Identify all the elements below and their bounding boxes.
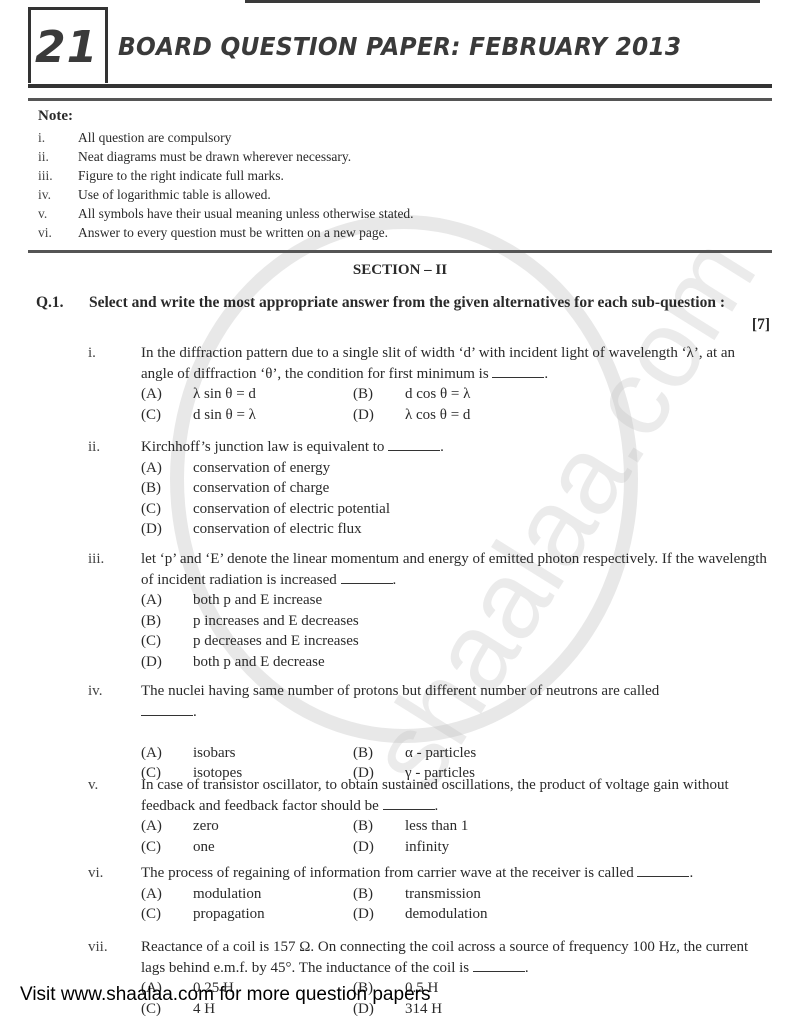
option-b: (B)p increases and E decreases xyxy=(141,611,359,632)
option-label: (D) xyxy=(353,904,405,925)
subquestion-text: In the diffraction pattern due to a sing… xyxy=(141,343,771,384)
subquestion-text: In case of transistor oscillator, to obt… xyxy=(141,775,771,816)
note-text: All question are compulsory xyxy=(78,128,231,147)
option-d: (D)infinity xyxy=(353,837,449,858)
option-label: (C) xyxy=(141,837,193,858)
note-text: Neat diagrams must be drawn wherever nec… xyxy=(78,147,351,166)
option-text: d cos θ = λ xyxy=(405,386,470,402)
option-text: propagation xyxy=(193,906,265,922)
header-rule-thin xyxy=(28,98,772,101)
option-label: (B) xyxy=(353,384,405,405)
note-num: vi. xyxy=(38,223,78,242)
option-c: (C)d sin θ = λ xyxy=(141,405,256,426)
note-text: Answer to every question must be written… xyxy=(78,223,388,242)
note-item: v.All symbols have their usual meaning u… xyxy=(38,204,414,223)
answer-blank xyxy=(388,438,440,451)
option-label: (D) xyxy=(141,652,193,673)
note-text: Figure to the right indicate full marks. xyxy=(78,166,284,185)
note-text: All symbols have their usual meaning unl… xyxy=(78,204,414,223)
subquestion-text: Kirchhoff’s junction law is equivalent t… xyxy=(141,437,771,458)
answer-blank xyxy=(341,571,393,584)
option-label: (A) xyxy=(141,743,193,764)
option-text: less than 1 xyxy=(405,818,468,834)
option-b: (B)less than 1 xyxy=(353,816,468,837)
option-text: p increases and E decreases xyxy=(193,613,359,629)
option-label: (A) xyxy=(141,384,193,405)
option-label: (C) xyxy=(141,405,193,426)
option-text: α - particles xyxy=(405,745,476,761)
note-num: i. xyxy=(38,128,78,147)
option-text: isobars xyxy=(193,745,236,761)
subquestion-body: The nuclei having same number of protons… xyxy=(141,683,659,699)
option-d: (D)both p and E decrease xyxy=(141,652,325,673)
option-c: (C)p decreases and E increases xyxy=(141,631,359,652)
subquestion-text: The process of regaining of information … xyxy=(141,863,771,884)
page-title: BOARD QUESTION PAPER: FEBRUARY 2013 xyxy=(118,32,681,61)
option-a: (A)λ sin θ = d xyxy=(141,384,256,405)
option-label: (D) xyxy=(353,405,405,426)
subquestion-body: let ‘p’ and ‘E’ denote the linear moment… xyxy=(141,551,767,588)
option-label: (A) xyxy=(141,884,193,905)
option-text: infinity xyxy=(405,839,449,855)
note-num: ii. xyxy=(38,147,78,166)
subquestion-body: Reactance of a coil is 157 Ω. On connect… xyxy=(141,939,748,976)
option-c: (C)propagation xyxy=(141,904,265,925)
option-text: modulation xyxy=(193,886,261,902)
option-b: (B)conservation of charge xyxy=(141,478,329,499)
option-text: conservation of electric flux xyxy=(193,521,362,537)
subquestion-number: iii. xyxy=(88,549,104,570)
option-c: (C)one xyxy=(141,837,215,858)
subquestion-number: vii. xyxy=(88,937,108,958)
answer-blank xyxy=(492,365,544,378)
option-text: zero xyxy=(193,818,219,834)
option-label: (D) xyxy=(141,519,193,540)
option-label: (B) xyxy=(141,611,193,632)
note-item: iv.Use of logarithmic table is allowed. xyxy=(38,185,414,204)
note-item: vi.Answer to every question must be writ… xyxy=(38,223,414,242)
option-label: (A) xyxy=(141,590,193,611)
option-text: λ sin θ = d xyxy=(193,386,256,402)
subquestion-number: ii. xyxy=(88,437,100,458)
question-text: Select and write the most appropriate an… xyxy=(89,293,770,313)
option-text: transmission xyxy=(405,886,481,902)
option-text: p decreases and E increases xyxy=(193,633,359,649)
note-heading: Note: xyxy=(38,108,73,125)
option-d: (D)λ cos θ = d xyxy=(353,405,470,426)
option-a: (A)both p and E increase xyxy=(141,590,322,611)
option-label: (B) xyxy=(141,478,193,499)
option-text: λ cos θ = d xyxy=(405,407,470,423)
footer-link-text[interactable]: Visit www.shaalaa.com for more question … xyxy=(20,984,430,1006)
note-num: v. xyxy=(38,204,78,223)
option-label: (C) xyxy=(141,499,193,520)
option-text: demodulation xyxy=(405,906,488,922)
answer-blank xyxy=(141,703,193,716)
note-item: ii.Neat diagrams must be drawn wherever … xyxy=(38,147,414,166)
subquestion-number: i. xyxy=(88,343,96,364)
note-list: i.All question are compulsory ii.Neat di… xyxy=(38,128,414,242)
option-d: (D)conservation of electric flux xyxy=(141,519,362,540)
option-label: (B) xyxy=(353,816,405,837)
subquestion-body: In case of transistor oscillator, to obt… xyxy=(141,777,729,814)
option-text: both p and E decrease xyxy=(193,654,325,670)
subquestion-number: vi. xyxy=(88,863,103,884)
subquestion-number: v. xyxy=(88,775,98,796)
header-rule-thick xyxy=(28,84,772,88)
note-num: iv. xyxy=(38,185,78,204)
subquestion-number: iv. xyxy=(88,681,102,702)
option-label: (C) xyxy=(141,631,193,652)
subquestion-body: Kirchhoff’s junction law is equivalent t… xyxy=(141,439,384,455)
option-text: conservation of charge xyxy=(193,480,329,496)
question-number: Q.1. xyxy=(36,293,64,313)
option-text: conservation of energy xyxy=(193,460,330,476)
answer-blank xyxy=(637,864,689,877)
option-a: (A)conservation of energy xyxy=(141,458,330,479)
paper-number: 21 xyxy=(35,22,98,73)
section-title: SECTION – II xyxy=(0,262,800,279)
option-d: (D)demodulation xyxy=(353,904,488,925)
note-num: iii. xyxy=(38,166,78,185)
option-label: (D) xyxy=(353,837,405,858)
option-b: (B)transmission xyxy=(353,884,481,905)
option-text: conservation of electric potential xyxy=(193,501,390,517)
option-b: (B)α - particles xyxy=(353,743,476,764)
top-rule xyxy=(245,0,760,3)
option-a: (A)zero xyxy=(141,816,219,837)
note-item: iii.Figure to the right indicate full ma… xyxy=(38,166,414,185)
answer-blank xyxy=(473,959,525,972)
note-rule xyxy=(28,250,772,253)
option-label: (B) xyxy=(353,743,405,764)
option-label: (A) xyxy=(141,816,193,837)
subquestion-text: Reactance of a coil is 157 Ω. On connect… xyxy=(141,937,771,978)
note-text: Use of logarithmic table is allowed. xyxy=(78,185,271,204)
subquestion-body: In the diffraction pattern due to a sing… xyxy=(141,345,735,382)
subquestion-text: let ‘p’ and ‘E’ denote the linear moment… xyxy=(141,549,771,590)
option-label: (A) xyxy=(141,458,193,479)
option-label: (B) xyxy=(353,884,405,905)
option-text: both p and E increase xyxy=(193,592,322,608)
option-a: (A)isobars xyxy=(141,743,236,764)
option-a: (A)modulation xyxy=(141,884,261,905)
subquestion-body: The process of regaining of information … xyxy=(141,865,634,881)
note-item: i.All question are compulsory xyxy=(38,128,414,147)
subquestion-text: The nuclei having same number of protons… xyxy=(141,681,771,722)
option-c: (C)conservation of electric potential xyxy=(141,499,390,520)
option-label: (C) xyxy=(141,904,193,925)
answer-blank xyxy=(383,797,435,810)
question-marks: [7] xyxy=(752,315,770,335)
paper-number-box: 21 xyxy=(28,7,108,83)
option-b: (B)d cos θ = λ xyxy=(353,384,470,405)
option-text: one xyxy=(193,839,215,855)
option-text: d sin θ = λ xyxy=(193,407,256,423)
